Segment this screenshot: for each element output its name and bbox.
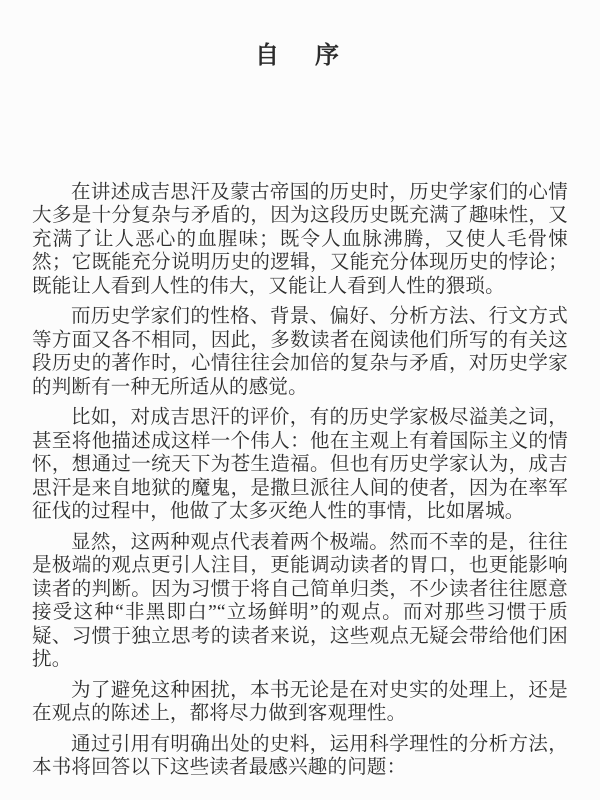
- paragraph-3: 比如，对成吉思汗的评价，有的历史学家极尽溢美之词，甚至将他描述成这样一个伟人：他…: [32, 406, 568, 524]
- paragraph-5: 为了避免这种困扰，本书无论是在对史实的处理上，还是在观点的陈述上，都将尽力做到客…: [32, 679, 568, 726]
- paragraph-4: 显然，这两种观点代表着两个极端。然而不幸的是，往往是极端的观点更引人注目，更能调…: [32, 531, 568, 672]
- preface-page: 自 序 在讲述成吉思汗及蒙古帝国的历史时，历史学家们的心情大多是十分复杂与矛盾的…: [0, 0, 600, 800]
- paragraph-1: 在讲述成吉思汗及蒙古帝国的历史时，历史学家们的心情大多是十分复杂与矛盾的，因为这…: [32, 181, 568, 299]
- page-title: 自 序: [32, 42, 568, 71]
- paragraph-6: 通过引用有明确出处的史料，运用科学理性的分析方法，本书将回答以下这些读者最感兴趣…: [32, 733, 568, 780]
- paragraph-2: 而历史学家们的性格、背景、偏好、分析方法、行文方式等方面又各不相同，因此，多数读…: [32, 305, 568, 399]
